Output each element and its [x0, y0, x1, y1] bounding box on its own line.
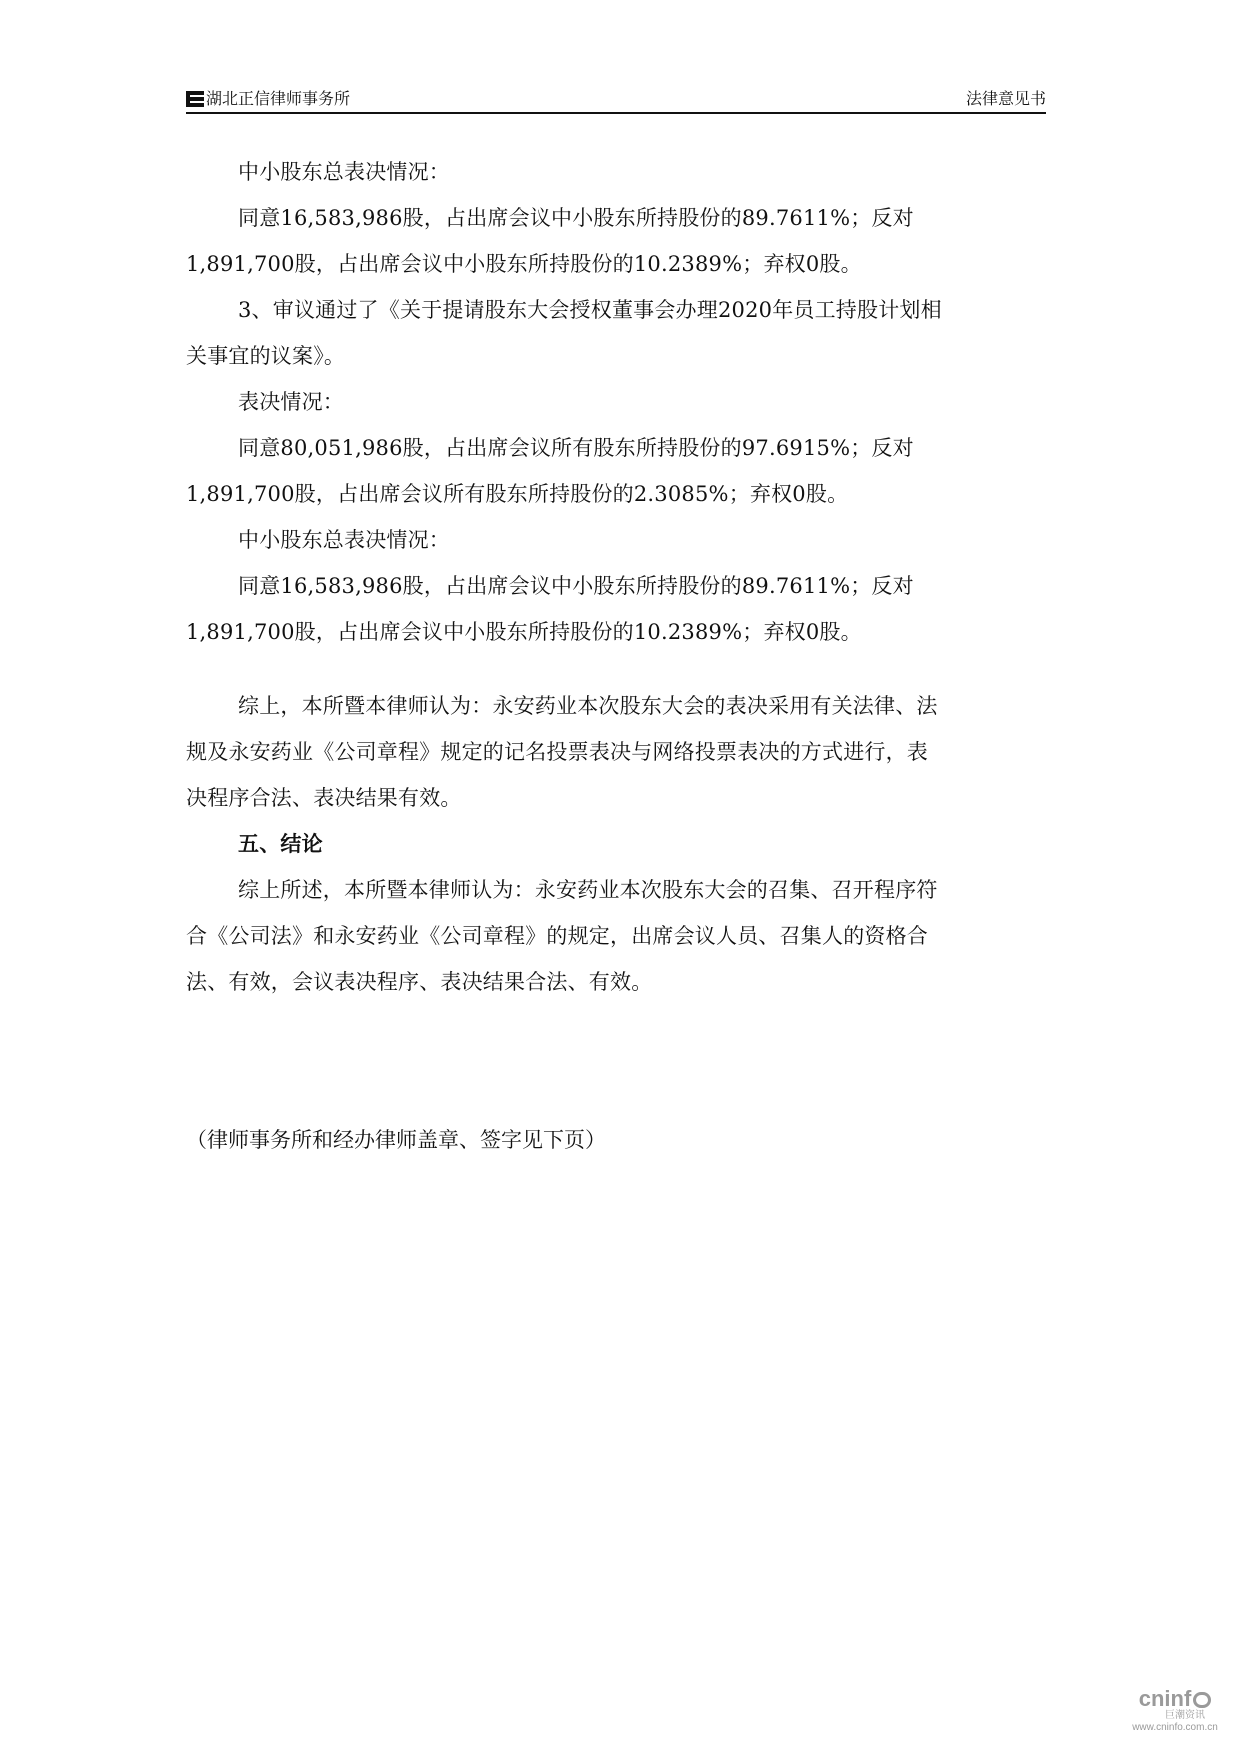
- paragraph-line: 3、审议通过了《关于提请股东大会授权董事会办理2020年员工持股计划相: [186, 296, 1046, 324]
- paragraph-line: 关事宜的议案》。: [186, 342, 1046, 370]
- document-type: 法律意见书: [966, 86, 1046, 109]
- paragraph-line: 表决情况：: [186, 388, 1046, 416]
- paragraph-line: 1,891,700股，占出席会议中小股东所持股份的10.2389%；弃权0股。: [186, 250, 1046, 278]
- paragraph-line: 中小股东总表决情况：: [186, 526, 1046, 554]
- firm-name: 湖北正信律师事务所: [206, 86, 350, 109]
- conclusion-line: 法、有效，会议表决程序、表决结果合法、有效。: [186, 968, 1046, 996]
- conclusion-line: 综上所述，本所暨本律师认为：永安药业本次股东大会的召集、召开程序符: [186, 876, 1046, 904]
- page-header: 湖北正信律师事务所 法律意见书: [186, 86, 1046, 114]
- paragraph-line: 中小股东总表决情况：: [186, 158, 1046, 186]
- header-firm: 湖北正信律师事务所: [186, 86, 350, 109]
- paragraph-line: 同意16,583,986股，占出席会议中小股东所持股份的89.7611%；反对: [186, 572, 1046, 600]
- section-heading: 五、结论: [186, 830, 1046, 858]
- paragraph-line: 同意16,583,986股，占出席会议中小股东所持股份的89.7611%；反对: [186, 204, 1046, 232]
- watermark-url: www.cninfo.com.cn: [1120, 1722, 1230, 1734]
- watermark-brand: cninf: [1120, 1688, 1230, 1710]
- spacer: [186, 664, 1046, 692]
- summary-line: 综上，本所暨本律师认为：永安药业本次股东大会的表决采用有关法律、法: [186, 692, 1046, 720]
- firm-logo-icon: [186, 91, 204, 107]
- summary-line: 规及永安药业《公司章程》规定的记名投票表决与网络投票表决的方式进行，表: [186, 738, 1046, 766]
- signature-note: （律师事务所和经办律师盖章、签字见下页）: [186, 1126, 606, 1154]
- cninfo-logo-icon: [1193, 1692, 1211, 1708]
- watermark-brand-cn: 巨潮资讯: [1140, 1710, 1230, 1722]
- cninfo-watermark: cninf 巨潮资讯 www.cninfo.com.cn: [1120, 1688, 1230, 1734]
- summary-line: 决程序合法、表决结果有效。: [186, 784, 1046, 812]
- paragraph-line: 1,891,700股，占出席会议所有股东所持股份的2.3085%；弃权0股。: [186, 480, 1046, 508]
- document-body: 中小股东总表决情况： 同意16,583,986股，占出席会议中小股东所持股份的8…: [186, 158, 1046, 1014]
- paragraph-line: 1,891,700股，占出席会议中小股东所持股份的10.2389%；弃权0股。: [186, 618, 1046, 646]
- conclusion-line: 合《公司法》和永安药业《公司章程》的规定，出席会议人员、召集人的资格合: [186, 922, 1046, 950]
- paragraph-line: 同意80,051,986股，占出席会议所有股东所持股份的97.6915%；反对: [186, 434, 1046, 462]
